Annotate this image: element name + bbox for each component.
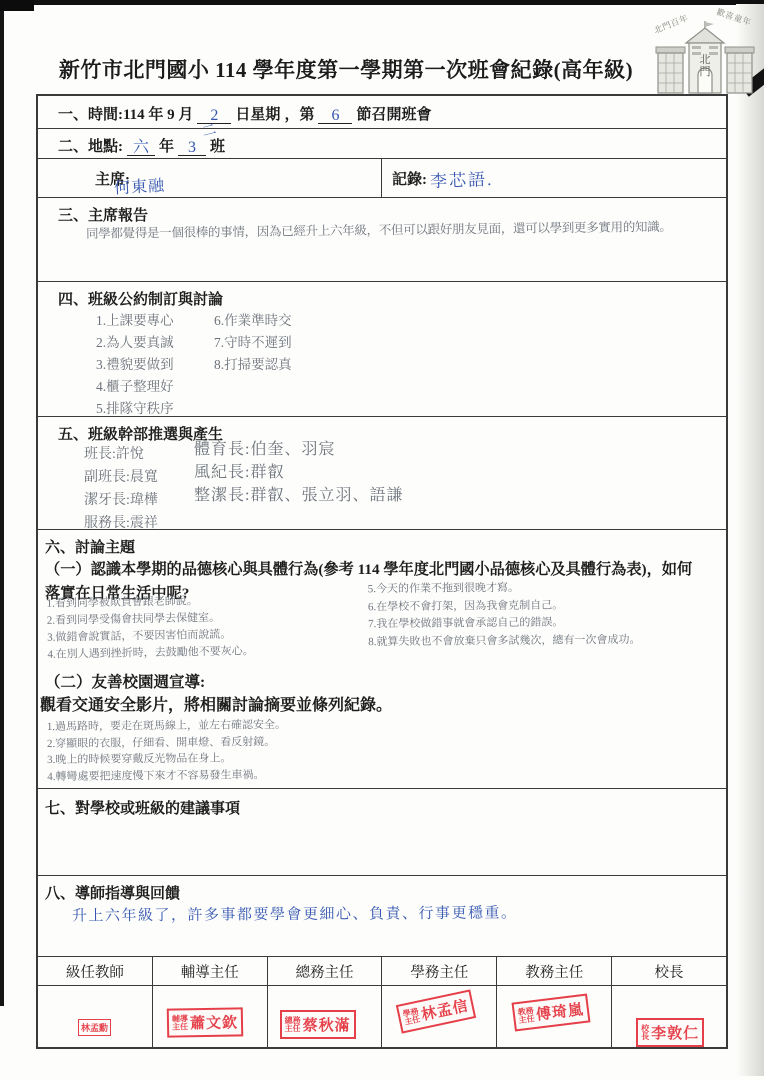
stamp-prefix-bottom: 主任 (404, 1015, 421, 1026)
discussion-topic2-heading: （二）友善校園週宣導: (45, 670, 205, 692)
rule-item: 6.作業準時交 (214, 310, 292, 332)
discussion-topic2-description: 觀看交通安全影片，將相關討論摘要並條列紀錄。 (40, 692, 392, 715)
topic1-notes-right: 5.今天的作業不拖到很晚才寫。 6.在學校不會打架，因為我會克制自己。 7.我在… (368, 579, 641, 651)
suggestions-heading: 七、對學校或班級的建議事項 (45, 801, 240, 817)
section-chair-report: 三、主席報告 同學都覺得是一個很棒的事情，因為已經升上六年級，不但可以跟好朋友見… (38, 198, 726, 282)
stamp-name: 蔡秋滿 (303, 1014, 351, 1035)
signoff-cell-principal: 校長 李敦仁 (612, 986, 726, 1047)
topic1-note: 4.在別人遇到挫折時，去鼓勵他不要灰心。 (47, 643, 254, 664)
rule-item: 3.禮貌要做到 (96, 354, 174, 376)
signoff-header-general-affairs: 總務主任 (268, 957, 383, 985)
scan-shadow-right (736, 4, 764, 1076)
class-rules-list-left: 1.上課要專心 2.為人要真誠 3.禮貌要做到 4.櫃子整理好 5.排隊守秩序 (96, 310, 174, 420)
signoff-cell-homeroom: 林孟勳 (38, 986, 153, 1047)
signoff-header-student-affairs: 學務主任 (382, 957, 497, 985)
discussion-heading: 六、討論主題 (45, 540, 135, 556)
time-label-weekday: 日星期 (235, 107, 280, 123)
topic2-note: 4.轉彎處要把速度慢下來才不容易發生車禍。 (47, 766, 286, 785)
section-chair-recorder: 主席: 何東融 記錄: 李芯語. (38, 159, 726, 198)
teacher-feedback-handwriting: 升上六年級了，許多事都要學會更細心、負責、行事更穩重。 (72, 901, 518, 925)
teacher-feedback-heading: 八、導師指導與回饋 (45, 886, 180, 902)
stamp-prefix-bottom: 主任 (172, 1023, 188, 1031)
section-place: 二、地點: 六 年 3 班 (38, 129, 726, 159)
time-label-prefix: 一、時間:114 年 9 月 (58, 107, 193, 123)
recorder-cell: 記錄: 李芯語. (382, 159, 726, 197)
place-class-handwriting: 3 (188, 139, 196, 156)
signoff-cell-counseling: 輔導主任 蕭文欽 (153, 986, 268, 1047)
section-teacher-feedback: 八、導師指導與回饋 升上六年級了，許多事都要學會更細心、負責、行事更穩重。 (38, 876, 726, 957)
time-label-suffix: 節召開班會 (356, 107, 431, 123)
topic2-note: 1.過馬路時，要走在斑馬線上，並左右確認安全。 (47, 717, 286, 736)
stamp-prefix-bottom: 主任 (285, 1025, 301, 1033)
logo-center-char-top: 北 (700, 53, 711, 66)
time-period-blank: 6 (318, 108, 352, 124)
chair-report-handwriting: 同學都覺得是一個很棒的事情，因為已經升上六年級，不但可以跟好朋友見面，還可以學到… (86, 218, 718, 243)
place-label-class: 班 (210, 139, 225, 155)
scan-edge-top (0, 0, 764, 5)
rule-item: 7.守時不遲到 (214, 332, 292, 354)
logo-center-char-bottom: 門 (700, 65, 711, 78)
rule-item: 4.櫃子整理好 (96, 376, 174, 398)
signoff-header-academic-affairs: 教務主任 (497, 957, 612, 985)
signoff-header-homeroom: 級任教師 (38, 957, 153, 985)
general-affairs-director-stamp: 總務主任 蔡秋滿 (280, 1010, 356, 1039)
rule-item: 2.為人要真誠 (96, 332, 174, 354)
section-class-cadres: 五、班級幹部推選與產生 班長:許悅 副班長:晨寬 潔牙長:瑋樺 服務長:震祥 體… (38, 417, 726, 530)
principal-stamp: 校長 李敦仁 (636, 1018, 704, 1047)
discussion-topic1-line1: （一）認識本學期的品德核心與具體行為(參考 114 學年度北門國小品德核心及具體… (45, 559, 726, 581)
cadre-item: 風紀長:群叡 (194, 461, 403, 484)
meeting-record-form: 一、時間:114 年 9 月 2 日星期 ，第 6 節召開班會 二 二、地點: … (36, 94, 728, 1049)
topic2-note: 2.穿顯眼的衣服，仔細看、開車燈、看反射鏡。 (47, 733, 286, 752)
signoff-cell-student-affairs: 學務主任 林孟信 (382, 986, 497, 1047)
cadre-item: 潔牙長:瑋樺 (84, 489, 158, 512)
signoff-header-row: 級任教師 輔導主任 總務主任 學務主任 教務主任 校長 (38, 957, 726, 986)
class-rules-list-right: 6.作業準時交 7.守時不遲到 8.打掃要認真 (214, 310, 292, 376)
topic1-note: 8.就算失敗也不會放棄只會多試幾次，總有一次會成功。 (368, 631, 640, 651)
cadres-list-left: 班長:許悅 副班長:晨寬 潔牙長:瑋樺 服務長:震祥 (84, 443, 158, 535)
counseling-director-stamp: 輔導主任 蕭文欽 (167, 1007, 244, 1037)
section-time: 一、時間:114 年 9 月 2 日星期 ，第 6 節召開班會 二 (38, 96, 726, 129)
rule-item: 8.打掃要認真 (214, 354, 292, 376)
signoff-header-principal: 校長 (612, 957, 726, 985)
place-label-prefix: 二、地點: (58, 139, 123, 155)
stamp-name: 傅琦嵐 (535, 998, 585, 1025)
time-label-mid: ，第 (284, 107, 314, 123)
signoff-stamp-row: 林孟勳 輔導主任 蕭文欽 總務主任 蔡秋滿 學務主任 林孟信 (38, 986, 726, 1047)
rule-item: 1.上課要專心 (96, 310, 174, 332)
page-title: 新竹市北門國小 114 學年度第一學期第一次班會紀錄(高年級) (58, 54, 634, 84)
chair-cell: 主席: 何東融 (38, 159, 382, 197)
recorder-name-handwriting: 李芯語. (430, 165, 494, 192)
section-suggestions: 七、對學校或班級的建議事項 (38, 789, 726, 876)
topic1-notes-left: 1.看到同學被欺負會跟老師說。 2.看到同學受傷會扶同學去保健室。 3.做錯會說… (46, 592, 253, 664)
cadre-item: 班長:許悅 (84, 443, 158, 466)
section-class-rules: 四、班級公約制訂與討論 1.上課要專心 2.為人要真誠 3.禮貌要做到 4.櫃子… (38, 282, 726, 417)
place-label-year: 年 (159, 139, 174, 155)
homeroom-teacher-stamp: 林孟勳 (78, 1019, 111, 1036)
academic-affairs-director-stamp: 教務主任 傅琦嵐 (512, 993, 591, 1031)
scan-edge-left (0, 0, 4, 1006)
cadre-item: 整潔長:群叡、張立羽、語謙 (194, 484, 403, 507)
topic2-notes: 1.過馬路時，要走在斑馬線上，並左右確認安全。 2.穿顯眼的衣服，仔細看、開車燈… (47, 717, 287, 785)
signoff-cell-academic-affairs: 教務主任 傅琦嵐 (497, 986, 612, 1047)
topic2-note: 3.晚上的時候要穿戴反光物品在身上。 (47, 750, 286, 769)
chair-name-handwriting: 何東融 (113, 173, 165, 199)
signoff-header-counseling: 輔導主任 (153, 957, 268, 985)
stamp-name: 蕭文欽 (190, 1011, 238, 1033)
cadres-list-right: 體育長:伯奎、羽宸 風紀長:群叡 整潔長:群叡、張立羽、語謙 (194, 438, 403, 507)
chair-report-heading: 三、主席報告 (58, 208, 148, 224)
place-class-blank: 3 (178, 140, 206, 156)
cadre-item: 副班長:晨寬 (84, 466, 158, 489)
class-rules-heading: 四、班級公約制訂與討論 (58, 292, 223, 308)
stamp-name: 李敦仁 (651, 1022, 699, 1043)
time-period-handwriting: 6 (331, 107, 339, 124)
cadre-item: 體育長:伯奎、羽宸 (194, 438, 403, 461)
student-affairs-director-stamp: 學務主任 林孟信 (396, 989, 476, 1033)
recorder-label: 記錄: (392, 168, 427, 189)
place-grade-handwriting: 六 (133, 139, 149, 156)
school-building-icon: 北 門 (652, 19, 758, 97)
signoff-cell-general-affairs: 總務主任 蔡秋滿 (268, 986, 383, 1047)
stamp-name: 林孟信 (420, 994, 471, 1025)
scanned-meeting-record-page: 新竹市北門國小 114 學年度第一學期第一次班會紀錄(高年級) 北門百年 歡喜童… (0, 0, 764, 1080)
section-discussion: 六、討論主題 （一）認識本學期的品德核心與具體行為(參考 114 學年度北門國小… (38, 530, 726, 789)
stamp-prefix-bottom: 主任 (519, 1015, 536, 1025)
scan-corner-top-left (0, 0, 34, 11)
stamp-prefix-bottom: 長 (641, 1033, 649, 1041)
school-emblem-logo: 北門百年 歡喜童年 北 門 (652, 5, 758, 97)
place-grade-blank: 六 (127, 140, 155, 156)
